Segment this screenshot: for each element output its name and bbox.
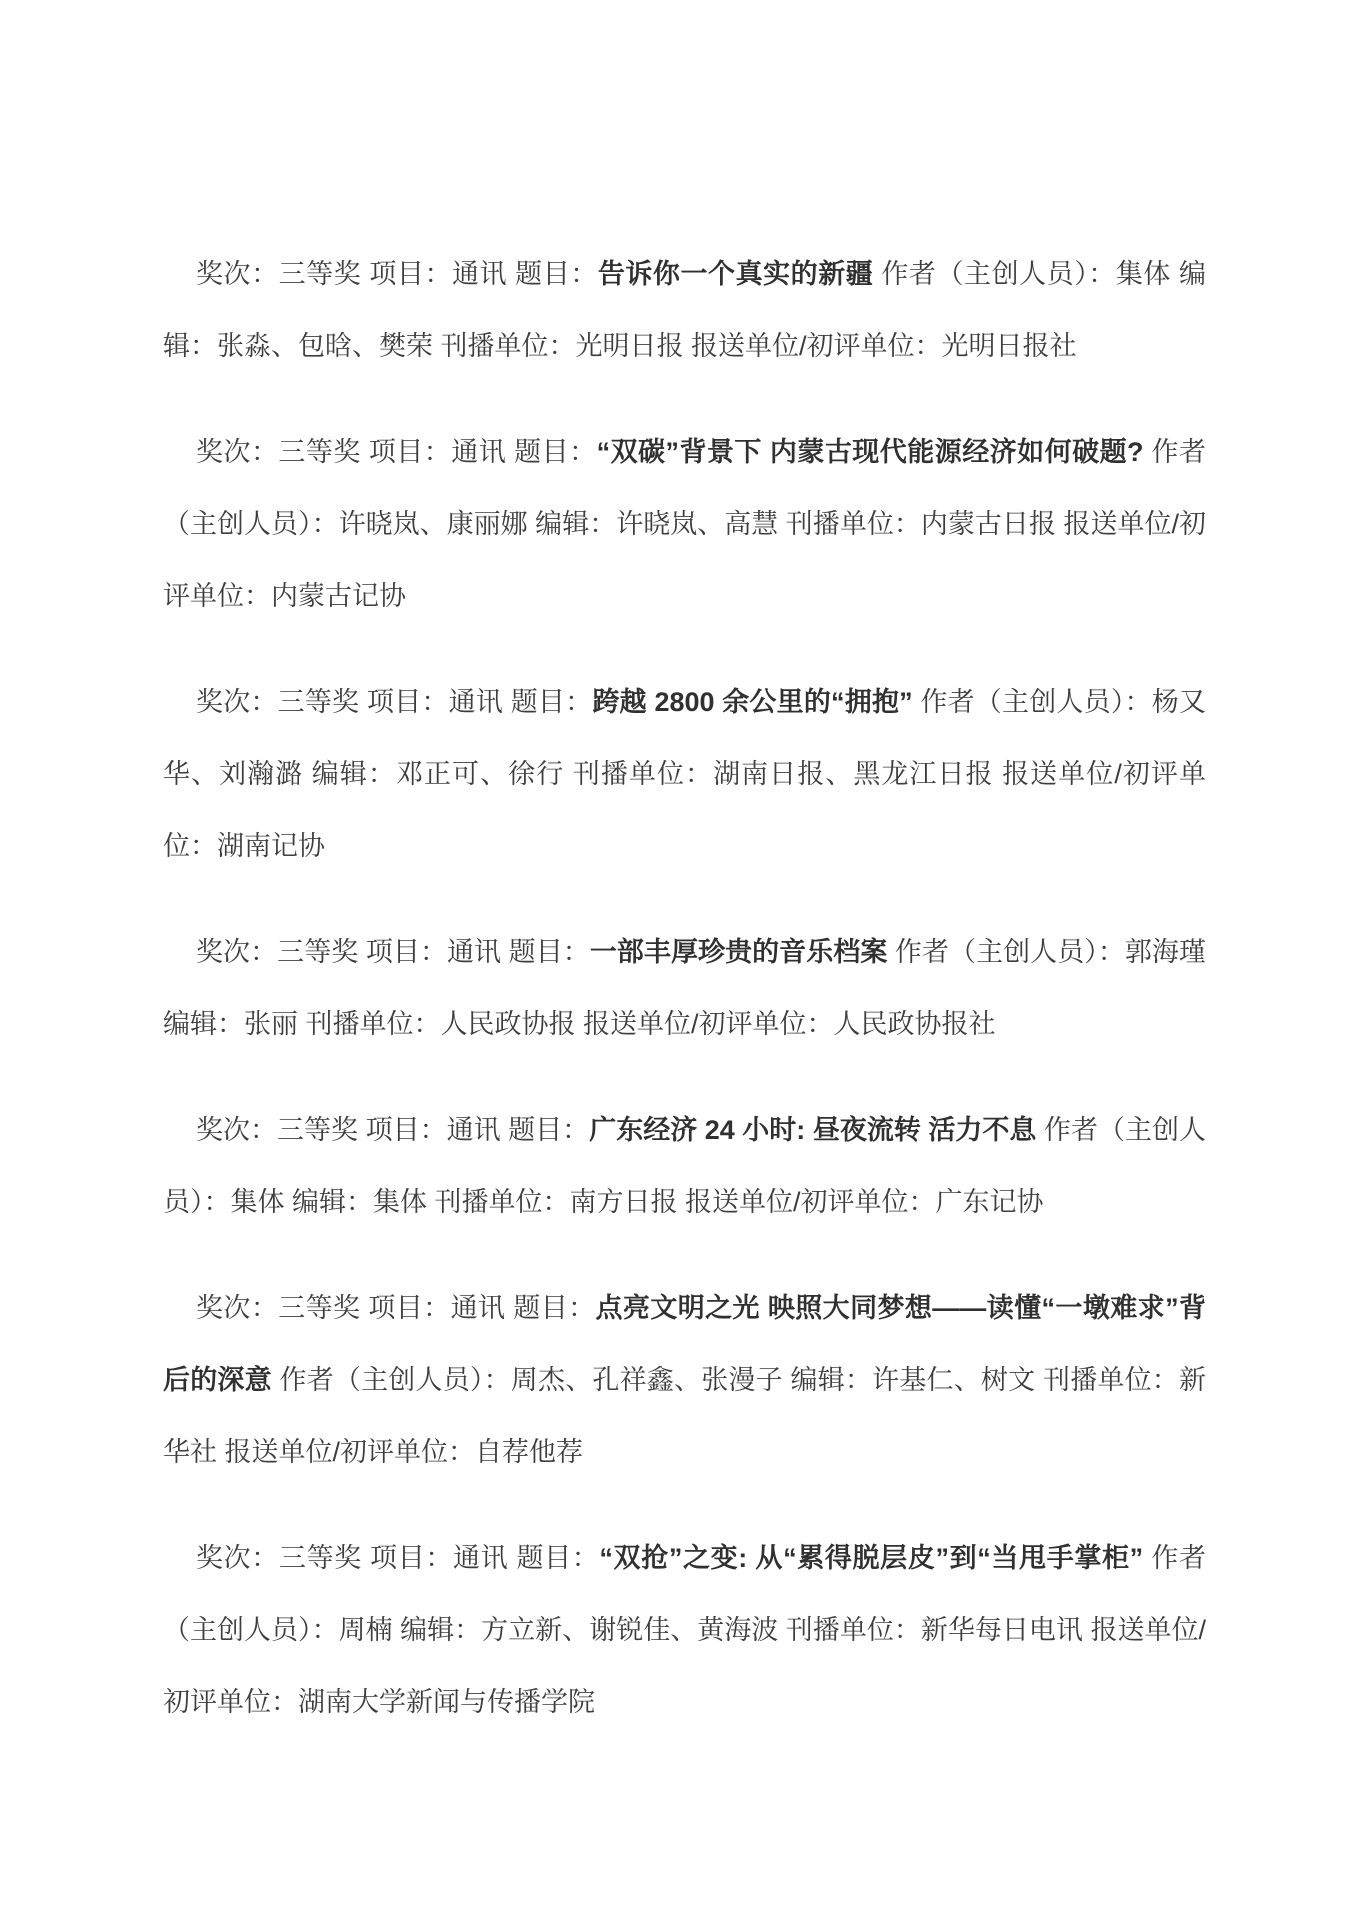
- entry-meta-suffix: 作者（主创人员）：周杰、孔祥鑫、张漫子 编辑：许基仁、树文 刊播单位：新华社 报…: [163, 1365, 1206, 1467]
- award-entry: 奖次：三等奖 项目：通讯 题目：告诉你一个真实的新疆 作者（主创人员）：集体 编…: [163, 238, 1206, 382]
- entry-title: 一部丰厚珍贵的音乐档案: [590, 937, 888, 967]
- entry-meta-prefix: 奖次：三等奖 项目：通讯 题目：: [196, 259, 598, 289]
- award-entry: 奖次：三等奖 项目：通讯 题目：一部丰厚珍贵的音乐档案 作者（主创人员）：郭海瑾…: [163, 916, 1206, 1060]
- entry-meta-prefix: 奖次：三等奖 项目：通讯 题目：: [196, 1543, 599, 1573]
- entry-title: 告诉你一个真实的新疆: [598, 259, 874, 289]
- award-entry: 奖次：三等奖 项目：通讯 题目：广东经济 24 小时: 昼夜流转 活力不息 作者…: [163, 1094, 1206, 1238]
- award-entry: 奖次：三等奖 项目：通讯 题目：跨越 2800 余公里的“拥抱” 作者（主创人员…: [163, 666, 1206, 882]
- award-entry: 奖次：三等奖 项目：通讯 题目：点亮文明之光 映照大同梦想——读懂“一墩难求”背…: [163, 1272, 1206, 1488]
- entry-meta-prefix: 奖次：三等奖 项目：通讯 题目：: [196, 687, 592, 717]
- award-entry: 奖次：三等奖 项目：通讯 题目：“双碳”背景下 内蒙古现代能源经济如何破题? 作…: [163, 416, 1206, 632]
- entry-title: “双碳”背景下 内蒙古现代能源经济如何破题?: [597, 437, 1144, 467]
- award-list: 奖次：三等奖 项目：通讯 题目：告诉你一个真实的新疆 作者（主创人员）：集体 编…: [163, 238, 1206, 1738]
- entry-title: 广东经济 24 小时: 昼夜流转 活力不息: [589, 1115, 1036, 1145]
- entry-title: “双抢”之变: 从“累得脱层皮”到“当甩手掌柜”: [599, 1543, 1143, 1573]
- entry-meta-prefix: 奖次：三等奖 项目：通讯 题目：: [196, 937, 590, 967]
- entry-meta-prefix: 奖次：三等奖 项目：通讯 题目：: [196, 1293, 596, 1323]
- entry-meta-prefix: 奖次：三等奖 项目：通讯 题目：: [196, 1115, 589, 1145]
- entry-title: 跨越 2800 余公里的“拥抱”: [592, 687, 912, 717]
- entry-meta-prefix: 奖次：三等奖 项目：通讯 题目：: [196, 437, 597, 467]
- award-entry: 奖次：三等奖 项目：通讯 题目：“双抢”之变: 从“累得脱层皮”到“当甩手掌柜”…: [163, 1522, 1206, 1738]
- document-page: 奖次：三等奖 项目：通讯 题目：告诉你一个真实的新疆 作者（主创人员）：集体 编…: [0, 0, 1350, 1910]
